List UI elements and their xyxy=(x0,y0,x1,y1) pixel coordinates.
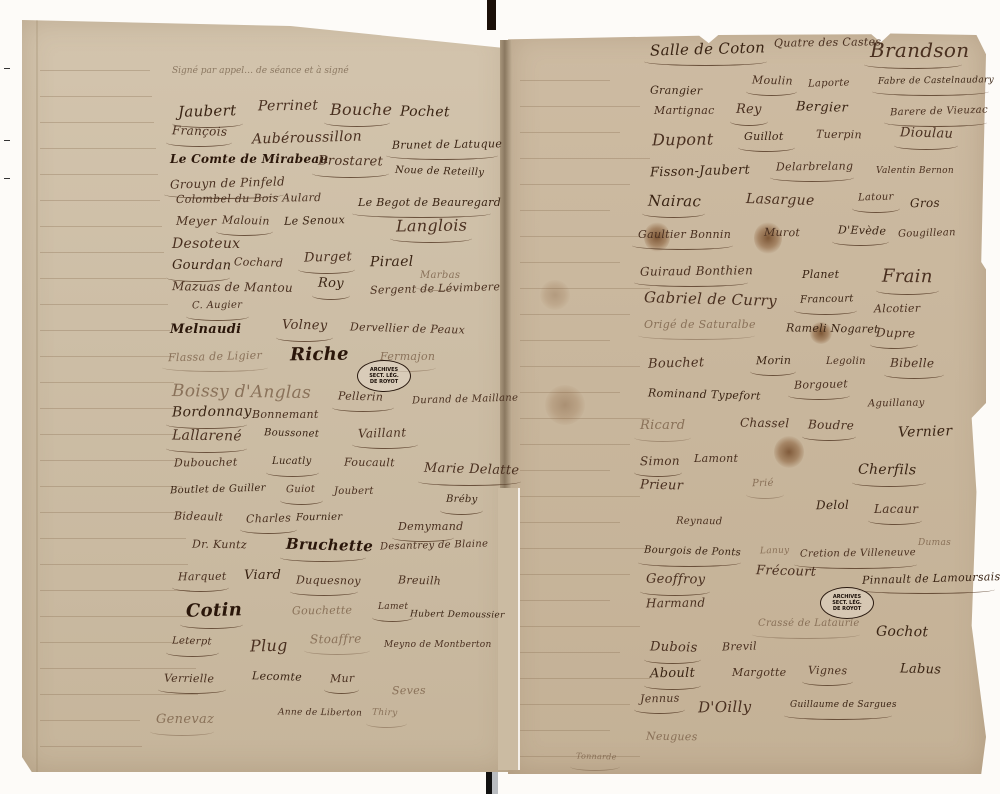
signature: Margotte xyxy=(732,666,787,679)
signature: Bergier xyxy=(796,99,848,115)
signature-flourish xyxy=(366,719,407,728)
bottom-binding-strip-light xyxy=(492,770,498,794)
signature-flourish xyxy=(418,477,521,486)
signature: Bonnemant xyxy=(252,408,319,421)
bleed-through-line xyxy=(40,460,180,461)
bleed-through-line xyxy=(40,564,188,565)
signature-flourish xyxy=(644,681,701,690)
signature: Aboult xyxy=(650,666,695,682)
signature-flourish xyxy=(870,340,918,349)
signature: Jennus xyxy=(640,691,680,705)
signature-flourish xyxy=(332,403,394,412)
signature: Fisson-Jaubert xyxy=(650,163,750,181)
bleed-through-line xyxy=(520,132,620,133)
signature: Boudre xyxy=(808,417,854,432)
signature: Gochot xyxy=(876,624,929,641)
signature: Legolin xyxy=(826,356,866,367)
stamp-line: DE ROYOT xyxy=(370,379,398,385)
signature: Verrielle xyxy=(164,672,214,686)
signature: Martignac xyxy=(654,104,715,117)
signature-flourish xyxy=(802,432,856,441)
bleed-through-line xyxy=(40,668,196,669)
signature: Malouin xyxy=(222,213,270,227)
archives-stamp-right: ARCHIVES SECT. LÉG. DE ROYOT xyxy=(820,587,874,619)
bleed-through-line xyxy=(40,278,166,279)
signature-flourish xyxy=(390,234,472,243)
signature-flourish xyxy=(884,370,944,379)
signature: Plug xyxy=(250,635,288,655)
signature: D'Evède xyxy=(838,223,887,237)
signature: Marbas xyxy=(420,270,460,281)
signature: Langlois xyxy=(396,216,467,236)
signature: Bordonnay xyxy=(172,403,252,420)
signature-flourish xyxy=(440,506,483,515)
signature-flourish xyxy=(750,367,796,376)
bleed-through-line xyxy=(520,288,650,289)
bleed-through-line xyxy=(520,444,630,445)
signature: Nairac xyxy=(648,192,701,211)
signature-flourish xyxy=(324,118,390,127)
bleed-through-line xyxy=(40,252,164,253)
bleed-through-line xyxy=(520,600,610,601)
signature: Meyer xyxy=(176,214,217,229)
signature: Flassa de Ligier xyxy=(168,349,262,365)
bleed-through-line xyxy=(520,678,650,679)
bleed-through-line xyxy=(40,356,172,357)
signature: Bideault xyxy=(174,509,223,523)
signature: Delarbrelang xyxy=(776,159,853,173)
signature-flourish xyxy=(298,265,355,274)
signature: Dubois xyxy=(650,639,698,655)
signature-flourish xyxy=(832,237,889,246)
signature: Quatre des Castes xyxy=(774,35,882,49)
signature-flourish xyxy=(852,478,926,487)
bleed-through-line xyxy=(520,574,630,575)
bleed-through-line xyxy=(40,694,198,695)
signature: Labus xyxy=(900,661,942,677)
signature: Dr. Kuntz xyxy=(192,538,247,552)
signature: Tonnarde xyxy=(576,751,617,761)
signature: Boissy d'Anglas xyxy=(172,381,311,403)
signature-flourish xyxy=(372,613,413,622)
bleed-through-line xyxy=(520,548,650,549)
signature-flourish xyxy=(638,331,755,340)
signature: Bibelle xyxy=(890,356,935,371)
signature: Morin xyxy=(756,354,791,367)
signature: Harquet xyxy=(178,570,227,584)
signature: Reynaud xyxy=(676,516,723,528)
signature-flourish xyxy=(324,685,359,694)
bleed-through-line xyxy=(40,512,184,513)
signature-flourish xyxy=(172,583,229,592)
signature: C. Augier xyxy=(192,300,242,312)
signature: Brevil xyxy=(722,640,757,654)
signature-flourish xyxy=(166,444,247,453)
bleed-through-line xyxy=(520,340,610,341)
signature: Geoffroy xyxy=(646,572,706,588)
stamp-line: DE ROYOT xyxy=(833,606,861,612)
signature: Grangier xyxy=(650,84,703,98)
signature-flourish xyxy=(852,204,900,213)
signature: Gabriel de Curry xyxy=(644,288,777,310)
bleed-through-line xyxy=(40,590,190,591)
signature: Melnaudi xyxy=(170,322,241,337)
signature: Crassé de Lataurie xyxy=(758,618,860,629)
bleed-through-line xyxy=(520,262,620,263)
bleed-through-line xyxy=(520,314,630,315)
signature: Stoaffre xyxy=(310,632,362,647)
bleed-through-line xyxy=(520,704,630,705)
top-binding-strip xyxy=(487,0,496,30)
signature: Murot xyxy=(764,226,800,240)
signature-flourish xyxy=(150,727,214,736)
archives-stamp-left: ARCHIVES SECT. LÉG. DE ROYOT xyxy=(357,360,411,392)
signature: Frain xyxy=(882,266,933,288)
signature: Alcotier xyxy=(874,302,921,316)
signature-flourish xyxy=(216,227,273,236)
signature: Fabre de Castelnaudary xyxy=(878,75,994,87)
bleed-through-line xyxy=(520,80,610,81)
signature: Mur xyxy=(330,672,355,686)
signature: Rameli Nogaret xyxy=(786,321,879,335)
signature: Simon xyxy=(640,454,680,469)
signature: Mazuas de Mantou xyxy=(172,279,293,295)
signature: Leterpt xyxy=(172,635,212,647)
signature: Guillot xyxy=(744,130,784,143)
signature: Prieur xyxy=(640,477,684,493)
signature: Bouche xyxy=(330,100,392,119)
signature: Le Comte de Mirabeau xyxy=(170,152,329,166)
signature: Seves xyxy=(392,684,426,697)
signature-flourish xyxy=(794,306,857,315)
folded-page-edge xyxy=(498,488,520,770)
signature: Lallarené xyxy=(172,428,242,445)
signature: Bouchet xyxy=(648,355,705,372)
bleed-through-line xyxy=(520,106,640,107)
signature-flourish xyxy=(634,278,748,287)
signature: Gouchette xyxy=(292,604,352,618)
bleed-through-line xyxy=(40,148,156,149)
signature: Francourt xyxy=(800,293,854,305)
signature: Lecomte xyxy=(252,669,302,683)
bleed-through-line xyxy=(40,746,142,747)
signature: Lacaur xyxy=(874,502,918,516)
bleed-through-line xyxy=(40,486,182,487)
bleed-through-line xyxy=(520,236,640,237)
bleed-through-line xyxy=(40,330,170,331)
bleed-through-line xyxy=(520,418,650,419)
bleed-through-line xyxy=(40,382,174,383)
bleed-through-line xyxy=(40,408,176,409)
signature-flourish xyxy=(290,587,358,596)
signature: Harmand xyxy=(646,596,706,611)
bleed-through-line xyxy=(40,226,162,227)
signature-flourish xyxy=(180,620,243,629)
signature: Guiraud Bonthien xyxy=(640,263,753,279)
signature-flourish xyxy=(634,468,682,477)
signature: Brostaret xyxy=(318,154,383,170)
signature-flourish xyxy=(738,143,795,152)
signature-flourish xyxy=(752,630,860,639)
signature-flourish xyxy=(872,87,989,96)
bleed-through-line xyxy=(40,642,194,643)
signature-flourish xyxy=(894,141,958,150)
signature: Thiry xyxy=(372,708,398,719)
signature: Valentin Bernon xyxy=(876,166,954,176)
signature: Marie Delatte xyxy=(424,461,520,479)
signature: Prié xyxy=(752,478,774,490)
bleed-through-line xyxy=(520,730,610,731)
signature: Volney xyxy=(282,318,328,334)
signature-flourish xyxy=(312,291,350,300)
bleed-through-line xyxy=(40,122,154,123)
signature: Cherfils xyxy=(858,462,917,479)
signature-flourish xyxy=(856,585,995,594)
signature: Gros xyxy=(910,196,940,210)
signature: Meyno de Montberton xyxy=(384,640,492,650)
signature: Delol xyxy=(816,498,849,512)
bleed-through-line xyxy=(520,522,620,523)
signature-flourish xyxy=(186,312,249,321)
signature: Guiot xyxy=(286,484,315,495)
signature: Lamet xyxy=(378,602,408,612)
signature: Bréby xyxy=(446,494,478,505)
bleed-through-line xyxy=(520,210,610,211)
signature: Demymand xyxy=(398,520,464,533)
signature: Foucault xyxy=(344,456,395,470)
signature: Dubouchet xyxy=(174,456,238,470)
signature: D'Oilly xyxy=(698,698,752,717)
signature-flourish xyxy=(634,433,691,442)
signature: Vignes xyxy=(808,664,848,678)
signature: Vaillant xyxy=(358,425,407,440)
signature-flourish xyxy=(304,646,370,655)
bleed-through-line xyxy=(520,652,620,653)
signature: Genevaz xyxy=(156,712,214,727)
signature: Guillaume de Sargues xyxy=(790,700,897,710)
signature: Aubéroussillon xyxy=(252,128,362,147)
signature: Dioulau xyxy=(900,125,954,141)
signature: Le Begot de Beauregard xyxy=(358,196,501,209)
signature: Lanuy xyxy=(760,546,790,557)
signature: Ricard xyxy=(640,418,685,433)
signature-flourish xyxy=(158,685,226,694)
bleed-through-line xyxy=(40,174,158,175)
signature-flourish xyxy=(638,558,741,567)
signature: Jaubert xyxy=(178,101,237,121)
signature: Perrinet xyxy=(258,98,318,115)
signature: Riche xyxy=(290,344,349,366)
signature-flourish xyxy=(746,490,784,499)
signature-flourish xyxy=(644,57,767,66)
signature-flourish xyxy=(864,60,962,69)
signature-flourish xyxy=(386,151,498,160)
bleed-through-line xyxy=(40,304,168,305)
signature: Viard xyxy=(244,568,281,583)
signature: Dupont xyxy=(652,130,714,150)
signature: Hubert Demoussier xyxy=(410,609,505,620)
signature-flourish xyxy=(166,138,232,147)
signature: Origé de Saturalbe xyxy=(644,318,756,331)
signature: Dupre xyxy=(876,325,916,340)
page-header-note: Signé par appel… de séance et à signé xyxy=(172,66,349,76)
signature: Anne de Liberton xyxy=(278,707,362,718)
margin-tick xyxy=(4,178,10,179)
signature-flourish xyxy=(280,553,366,562)
bleed-through-line xyxy=(520,366,640,367)
signature: Planet xyxy=(802,268,839,281)
bleed-through-line xyxy=(40,720,140,721)
signature: Desoteux xyxy=(172,236,240,252)
signature: Chassel xyxy=(740,416,790,431)
signature: Brunet de Latuque xyxy=(392,137,502,152)
ink-stain xyxy=(545,385,585,425)
signature-flourish xyxy=(276,333,333,342)
signature: Latour xyxy=(858,192,894,204)
bleed-through-line xyxy=(520,470,610,471)
signature: Gaultier Bonnin xyxy=(638,228,731,241)
signature: Lasargue xyxy=(746,191,815,209)
signature: Durget xyxy=(304,249,352,265)
signature-flourish xyxy=(570,762,620,771)
signature: Pirael xyxy=(370,254,414,271)
signature-flourish xyxy=(312,169,389,178)
signature-flourish xyxy=(802,677,853,686)
bleed-through-line xyxy=(520,496,640,497)
signature: Pochet xyxy=(400,104,450,121)
signature: Duquesnoy xyxy=(296,574,361,588)
signature: Moulin xyxy=(752,73,793,87)
signature: Gourdan xyxy=(172,258,232,274)
signature-flourish xyxy=(240,525,297,534)
signature-flourish xyxy=(280,496,323,505)
signature: Lucatly xyxy=(272,456,312,467)
signature-flourish xyxy=(166,648,219,657)
signature: Fournier xyxy=(296,512,343,524)
signature: Dumas xyxy=(918,538,951,548)
signature: Cotin xyxy=(186,599,243,622)
margin-tick xyxy=(4,140,10,141)
signature-flourish xyxy=(746,87,797,96)
ink-stain xyxy=(540,280,570,310)
signature-flourish xyxy=(788,391,850,400)
signature-flourish xyxy=(644,655,701,664)
signature: Borgouet xyxy=(794,377,848,392)
bleed-through-line xyxy=(520,184,630,185)
bleed-through-line xyxy=(40,434,178,435)
signature: Boussonet xyxy=(264,427,319,440)
signature: Roy xyxy=(318,276,344,292)
signature: Lamont xyxy=(694,452,738,465)
bleed-through-line xyxy=(40,200,160,201)
ink-stain xyxy=(774,436,804,468)
signature: Frécourt xyxy=(756,563,817,580)
signature: Neugues xyxy=(646,730,698,744)
signature-flourish xyxy=(632,241,733,250)
bleed-through-line xyxy=(40,96,152,97)
signature: Cretion de Villeneuve xyxy=(800,547,916,560)
signature: Vernier xyxy=(898,423,953,441)
signature-flourish xyxy=(876,286,939,295)
bleed-through-line xyxy=(40,70,150,71)
signature-flourish xyxy=(352,440,418,449)
signature: Charles xyxy=(246,511,291,525)
bleed-through-line xyxy=(40,538,186,539)
signature: Tuerpin xyxy=(816,128,862,142)
signature-flourish xyxy=(770,173,854,182)
signature-flourish xyxy=(640,587,710,596)
signature: François xyxy=(172,123,228,139)
signature: Gougillean xyxy=(898,227,956,240)
signature-flourish xyxy=(784,711,892,720)
signature-flourish xyxy=(634,705,685,714)
bleed-through-line xyxy=(40,616,192,617)
signature-flourish xyxy=(266,468,319,477)
signature: Joubert xyxy=(334,486,374,497)
signature-flourish xyxy=(162,363,268,372)
signature: Colombel du Bois Aulard xyxy=(176,191,322,206)
signature: Rey xyxy=(736,102,762,117)
signature: Le Senoux xyxy=(284,213,345,228)
signature: Cochard xyxy=(234,255,284,269)
signature: Brandson xyxy=(870,38,969,62)
bleed-through-line xyxy=(520,158,650,159)
signature: Aguillanay xyxy=(868,398,925,410)
signature: Laporte xyxy=(808,77,850,89)
signature-flourish xyxy=(642,209,705,218)
margin-tick xyxy=(4,68,10,69)
signature-flourish xyxy=(868,516,922,525)
bleed-through-line xyxy=(520,626,640,627)
signature: Breuilh xyxy=(398,573,442,587)
signature-flourish xyxy=(730,117,768,126)
